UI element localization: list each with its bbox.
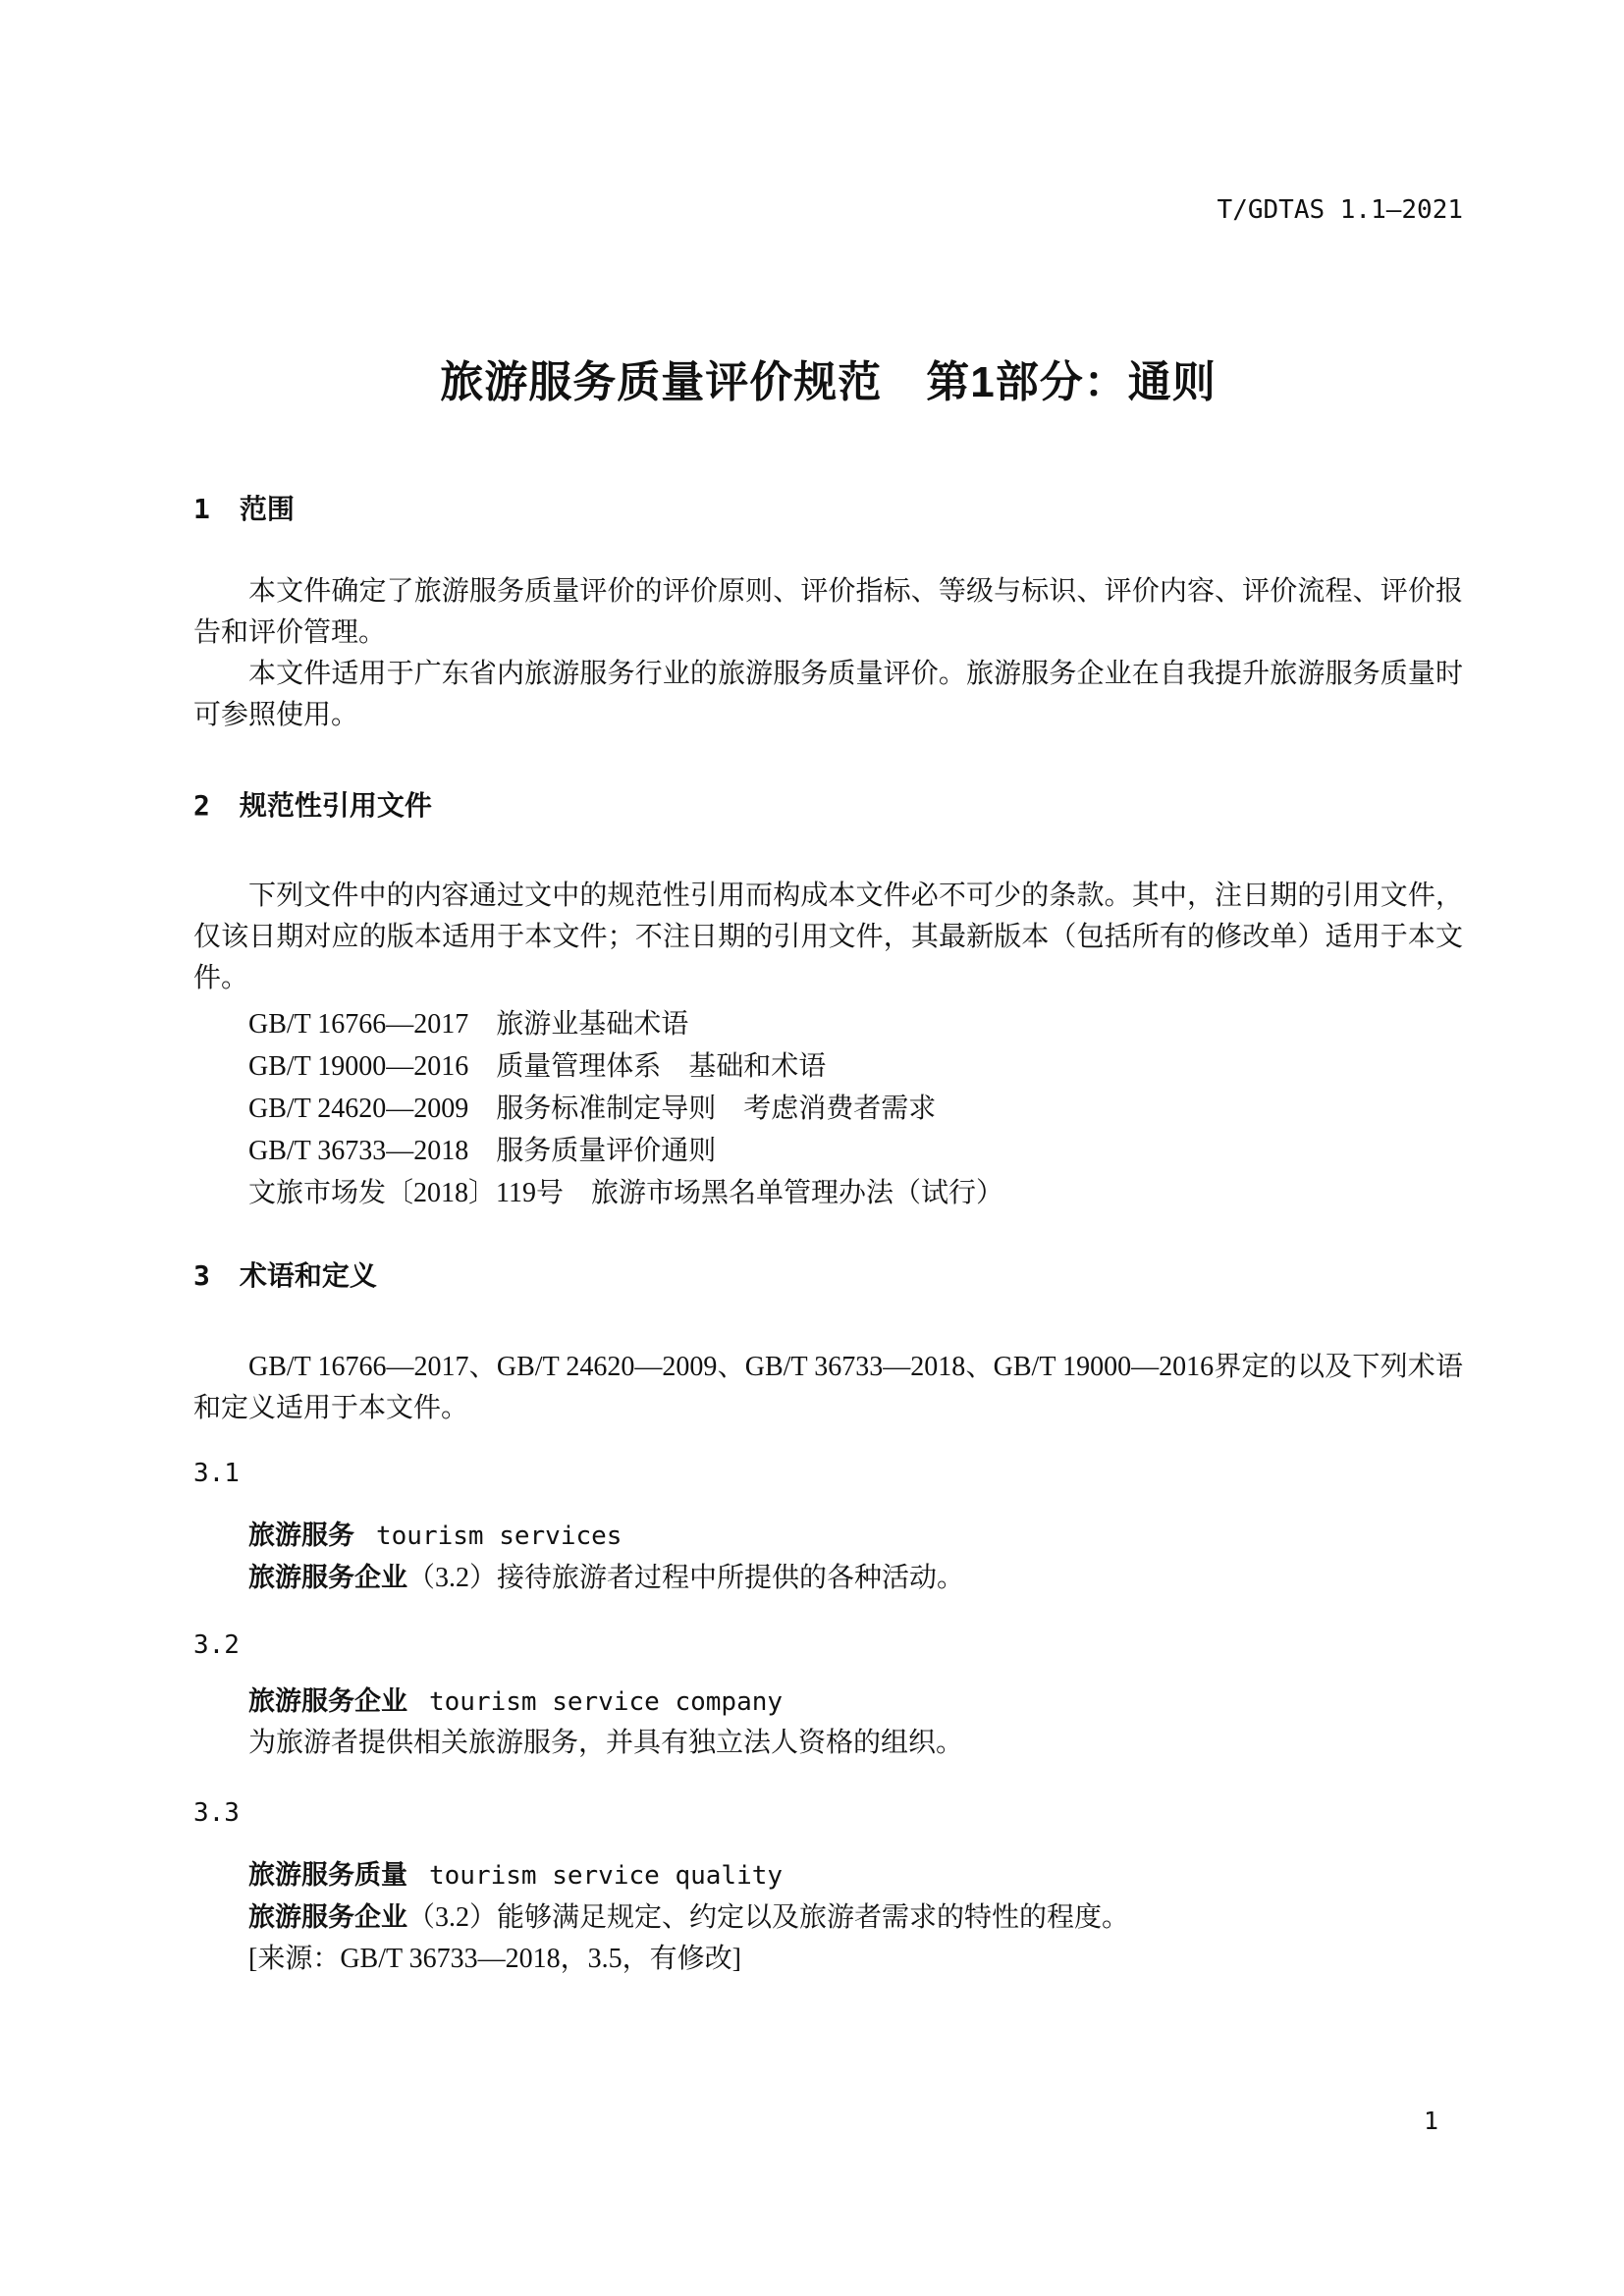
section-2-number: 2 [193,789,210,823]
paragraph: 本文件确定了旅游服务质量评价的评价原则、评价指标、等级与标识、评价内容、评价流程… [193,571,1463,654]
section-1-heading: 1范围 [193,493,1463,526]
term-definition: 为旅游者提供相关旅游服务，并具有独立法人资格的组织。 [193,1723,1463,1764]
section-2-heading: 2规范性引用文件 [193,789,1463,823]
section-1-number: 1 [193,493,210,526]
reference-code: 文旅市场发〔2018〕119号 [248,1172,564,1214]
section-2-body: 下列文件中的内容通过文中的规范性引用而构成本文件必不可少的条款。其中，注日期的引… [193,876,1463,999]
term-label-3-1: 3.1 [193,1453,1463,1494]
term-source-note: [来源：GB/T 36733—2018，3.5，有修改] [193,1939,1463,1980]
section-2-label: 规范性引用文件 [240,790,432,821]
page-number: 1 [1424,2107,1438,2136]
term-label-3-3: 3.3 [193,1792,1463,1834]
content-area: T/GDTAS 1.1—2021 旅游服务质量评价规范 第1部分：通则 1范围 … [193,0,1463,1980]
reference-title: 质量管理体系 基础和术语 [496,1051,826,1082]
term-definition-text: （3.2）能够满足规定、约定以及旅游者需求的特性的程度。 [407,1902,1129,1933]
term-name-zh: 旅游服务质量 [248,1860,407,1890]
reference-title: 旅游业基础术语 [496,1009,688,1040]
reference-item: GB/T 36733—2018服务质量评价通则 [193,1130,1463,1172]
reference-code: GB/T 16766—2017 [248,1003,468,1045]
section-1-label: 范围 [240,494,295,524]
paragraph: 下列文件中的内容通过文中的规范性引用而构成本文件必不可少的条款。其中，注日期的引… [193,876,1463,999]
reference-code: GB/T 24620—2009 [248,1088,468,1130]
doc-code: T/GDTAS 1.1—2021 [193,195,1463,225]
section-3-number: 3 [193,1259,210,1293]
term-definition: 旅游服务企业（3.2）能够满足规定、约定以及旅游者需求的特性的程度。 [193,1896,1463,1939]
reference-title: 旅游市场黑名单管理办法（试行） [591,1178,1003,1208]
term-ref-bold: 旅游服务企业 [248,1563,407,1592]
reference-code: GB/T 36733—2018 [248,1130,468,1172]
term-name-en: tourism service quality [429,1861,783,1891]
reference-list: GB/T 16766—2017旅游业基础术语 GB/T 19000—2016质量… [193,1003,1463,1214]
section-3-heading: 3术语和定义 [193,1259,1463,1293]
reference-item: GB/T 16766—2017旅游业基础术语 [193,1003,1463,1045]
term-name-en: tourism service company [429,1687,783,1717]
reference-item: GB/T 24620—2009服务标准制定导则 考虑消费者需求 [193,1088,1463,1130]
reference-item: 文旅市场发〔2018〕119号旅游市场黑名单管理办法（试行） [193,1172,1463,1214]
term-name-zh: 旅游服务 [248,1521,354,1550]
document-title: 旅游服务质量评价规范 第1部分：通则 [193,357,1463,408]
reference-code: GB/T 19000—2016 [248,1045,468,1088]
term-label-3-2: 3.2 [193,1625,1463,1666]
section-3-label: 术语和定义 [240,1260,377,1291]
paragraph: 本文件适用于广东省内旅游服务行业的旅游服务质量评价。旅游服务企业在自我提升旅游服… [193,654,1463,736]
term-definition-text: （3.2）接待旅游者过程中所提供的各种活动。 [407,1563,964,1593]
section-1-body: 本文件确定了旅游服务质量评价的评价原则、评价指标、等级与标识、评价内容、评价流程… [193,571,1463,736]
term-name-row: 旅游服务企业tourism service company [193,1681,1463,1723]
term-name-row: 旅游服务质量tourism service quality [193,1854,1463,1896]
term-name-en: tourism services [376,1522,622,1551]
term-name-zh: 旅游服务企业 [248,1686,407,1716]
term-definition-text: 为旅游者提供相关旅游服务，并具有独立法人资格的组织。 [248,1728,963,1758]
paragraph: GB/T 16766—2017、GB/T 24620—2009、GB/T 367… [193,1347,1463,1429]
reference-title: 服务质量评价通则 [496,1136,716,1166]
section-3-body: GB/T 16766—2017、GB/T 24620—2009、GB/T 367… [193,1347,1463,1429]
term-name-row: 旅游服务tourism services [193,1515,1463,1557]
reference-item: GB/T 19000—2016质量管理体系 基础和术语 [193,1045,1463,1088]
reference-title: 服务标准制定导则 考虑消费者需求 [496,1094,936,1124]
term-definition: 旅游服务企业（3.2）接待旅游者过程中所提供的各种活动。 [193,1557,1463,1599]
document-page: T/GDTAS 1.1—2021 旅游服务质量评价规范 第1部分：通则 1范围 … [0,0,1624,2296]
term-ref-bold: 旅游服务企业 [248,1902,407,1932]
